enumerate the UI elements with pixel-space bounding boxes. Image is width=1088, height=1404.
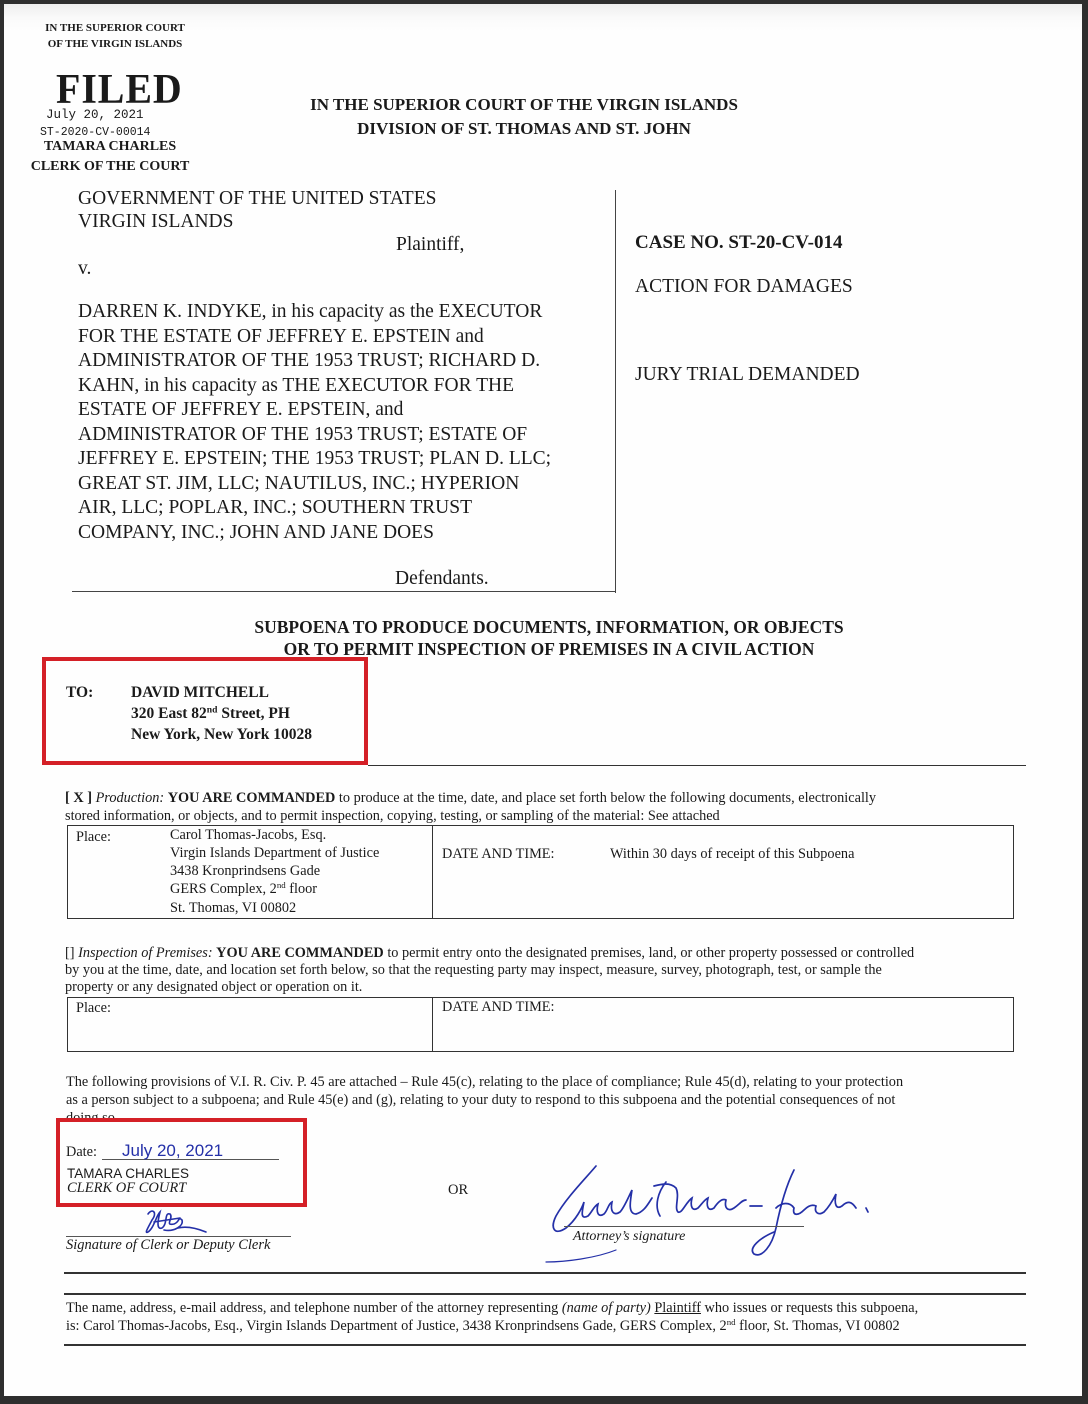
attorney-signature-caption: Attorney’s signature xyxy=(573,1229,685,1245)
table-divider xyxy=(432,825,433,919)
provisions-line-3: doing so. xyxy=(66,1110,118,1118)
footer-rule xyxy=(64,1272,1026,1274)
defendant-line: ESTATE OF JEFFREY E. EPSTEIN, and xyxy=(78,398,403,423)
court-division: DIVISION OF ST. THOMAS AND ST. JOHN xyxy=(264,117,784,141)
defendant-line: JEFFREY E. EPSTEIN; THE 1953 TRUST; PLAN… xyxy=(78,447,551,472)
versus-label: v. xyxy=(78,257,91,282)
defendant-line: FOR THE ESTATE OF JEFFREY E. EPSTEIN and xyxy=(78,325,484,350)
stamp-clerk-name: TAMARA CHARLES xyxy=(10,137,210,156)
caption-bottom-rule xyxy=(72,591,616,592)
court-title: IN THE SUPERIOR COURT OF THE VIRGIN ISLA… xyxy=(264,93,784,117)
provisions-line-2: as a person subject to a subpoena; and R… xyxy=(66,1092,895,1110)
production-place-line: St. Thomas, VI 00802 xyxy=(170,900,296,918)
highlight-box-clerk-date xyxy=(56,1118,307,1207)
production-place-line: Carol Thomas-Jacobs, Esq. xyxy=(170,827,326,845)
stamp-date: July 20, 2021 xyxy=(46,108,144,122)
footer-rule xyxy=(64,1293,1026,1295)
subpoena-title: SUBPOENA TO PRODUCE DOCUMENTS, INFORMATI… xyxy=(194,616,904,638)
stamp-court-line: IN THE SUPERIOR COURT xyxy=(38,20,192,36)
production-place-line: Virgin Islands Department of Justice xyxy=(170,845,379,863)
defendant-line: AIR, LLC; POPLAR, INC.; SOUTHERN TRUST xyxy=(78,496,472,521)
inspection-paragraph-line-2: by you at the time, date, and location s… xyxy=(65,962,882,980)
production-checkbox: [ X ] xyxy=(65,790,92,806)
defendant-line: KAHN, in his capacity as THE EXECUTOR FO… xyxy=(78,374,514,399)
attorney-signature-icon xyxy=(536,1158,886,1268)
highlight-box-recipient xyxy=(42,657,368,765)
footer-attorney-line-1: The name, address, e-mail address, and t… xyxy=(66,1300,918,1318)
table-divider xyxy=(432,997,433,1052)
defendant-line: COMPANY, INC.; JOHN AND JANE DOES xyxy=(78,521,434,546)
rule xyxy=(368,765,1026,766)
production-place-label: Place: xyxy=(76,829,111,847)
action-type: ACTION FOR DAMAGES xyxy=(635,276,853,298)
production-place-line: GERS Complex, 2nd floor xyxy=(170,881,317,899)
production-datetime-label: DATE AND TIME: xyxy=(442,846,555,864)
production-paragraph-line-2: stored information, or objects, and to p… xyxy=(65,808,720,826)
production-paragraph-line-1: [ X ] Production: YOU ARE COMMANDED to p… xyxy=(65,790,876,808)
production-place-line: 3438 Kronprindsens Gade xyxy=(170,863,320,881)
defendant-line: GREAT ST. JIM, LLC; NAUTILUS, INC.; HYPE… xyxy=(78,472,519,497)
caption-divider xyxy=(615,190,616,593)
footer-attorney-line-2: is: Carol Thomas-Jacobs, Esq., Virgin Is… xyxy=(66,1318,900,1336)
plaintiff-name: GOVERNMENT OF THE UNITED STATES xyxy=(78,187,436,212)
defendant-line: ADMINISTRATOR OF THE 1953 TRUST; ESTATE … xyxy=(78,423,527,448)
case-number: CASE NO. ST-20-CV-014 xyxy=(635,232,842,254)
clerk-signature-scribble-icon xyxy=(134,1206,214,1238)
inspection-paragraph-line-1: [] Inspection of Premises: YOU ARE COMMA… xyxy=(65,945,914,963)
defendants-label: Defendants. xyxy=(395,567,489,592)
footer-rule xyxy=(64,1344,1026,1346)
or-label: OR xyxy=(448,1182,468,1199)
clerk-signature-caption: Signature of Clerk or Deputy Clerk xyxy=(66,1237,270,1254)
inspection-paragraph-line-3: property or any designated object or ope… xyxy=(65,979,362,997)
plaintiff-name: VIRGIN ISLANDS xyxy=(78,210,233,235)
stamp-court-line: OF THE VIRGIN ISLANDS xyxy=(38,36,192,52)
production-datetime-value: Within 30 days of receipt of this Subpoe… xyxy=(610,846,854,864)
inspection-checkbox: [] xyxy=(65,945,75,961)
stamp-clerk-title: CLERK OF THE COURT xyxy=(10,157,210,176)
defendant-line: DARREN K. INDYKE, in his capacity as the… xyxy=(78,300,542,325)
document-page: IN THE SUPERIOR COURT OF THE VIRGIN ISLA… xyxy=(4,4,1082,1396)
inspection-datetime-label: DATE AND TIME: xyxy=(442,999,555,1017)
defendant-line: ADMINISTRATOR OF THE 1953 TRUST; RICHARD… xyxy=(78,349,540,374)
attorney-signature-line xyxy=(564,1226,804,1227)
inspection-place-label: Place: xyxy=(76,1000,111,1018)
party-name: Plaintiff xyxy=(654,1300,701,1316)
jury-demand: JURY TRIAL DEMANDED xyxy=(635,364,860,386)
stamp-filed-status: FILED xyxy=(56,70,183,110)
provisions-line-1: The following provisions of V.I. R. Civ.… xyxy=(66,1074,903,1092)
plaintiff-label: Plaintiff, xyxy=(396,233,464,258)
